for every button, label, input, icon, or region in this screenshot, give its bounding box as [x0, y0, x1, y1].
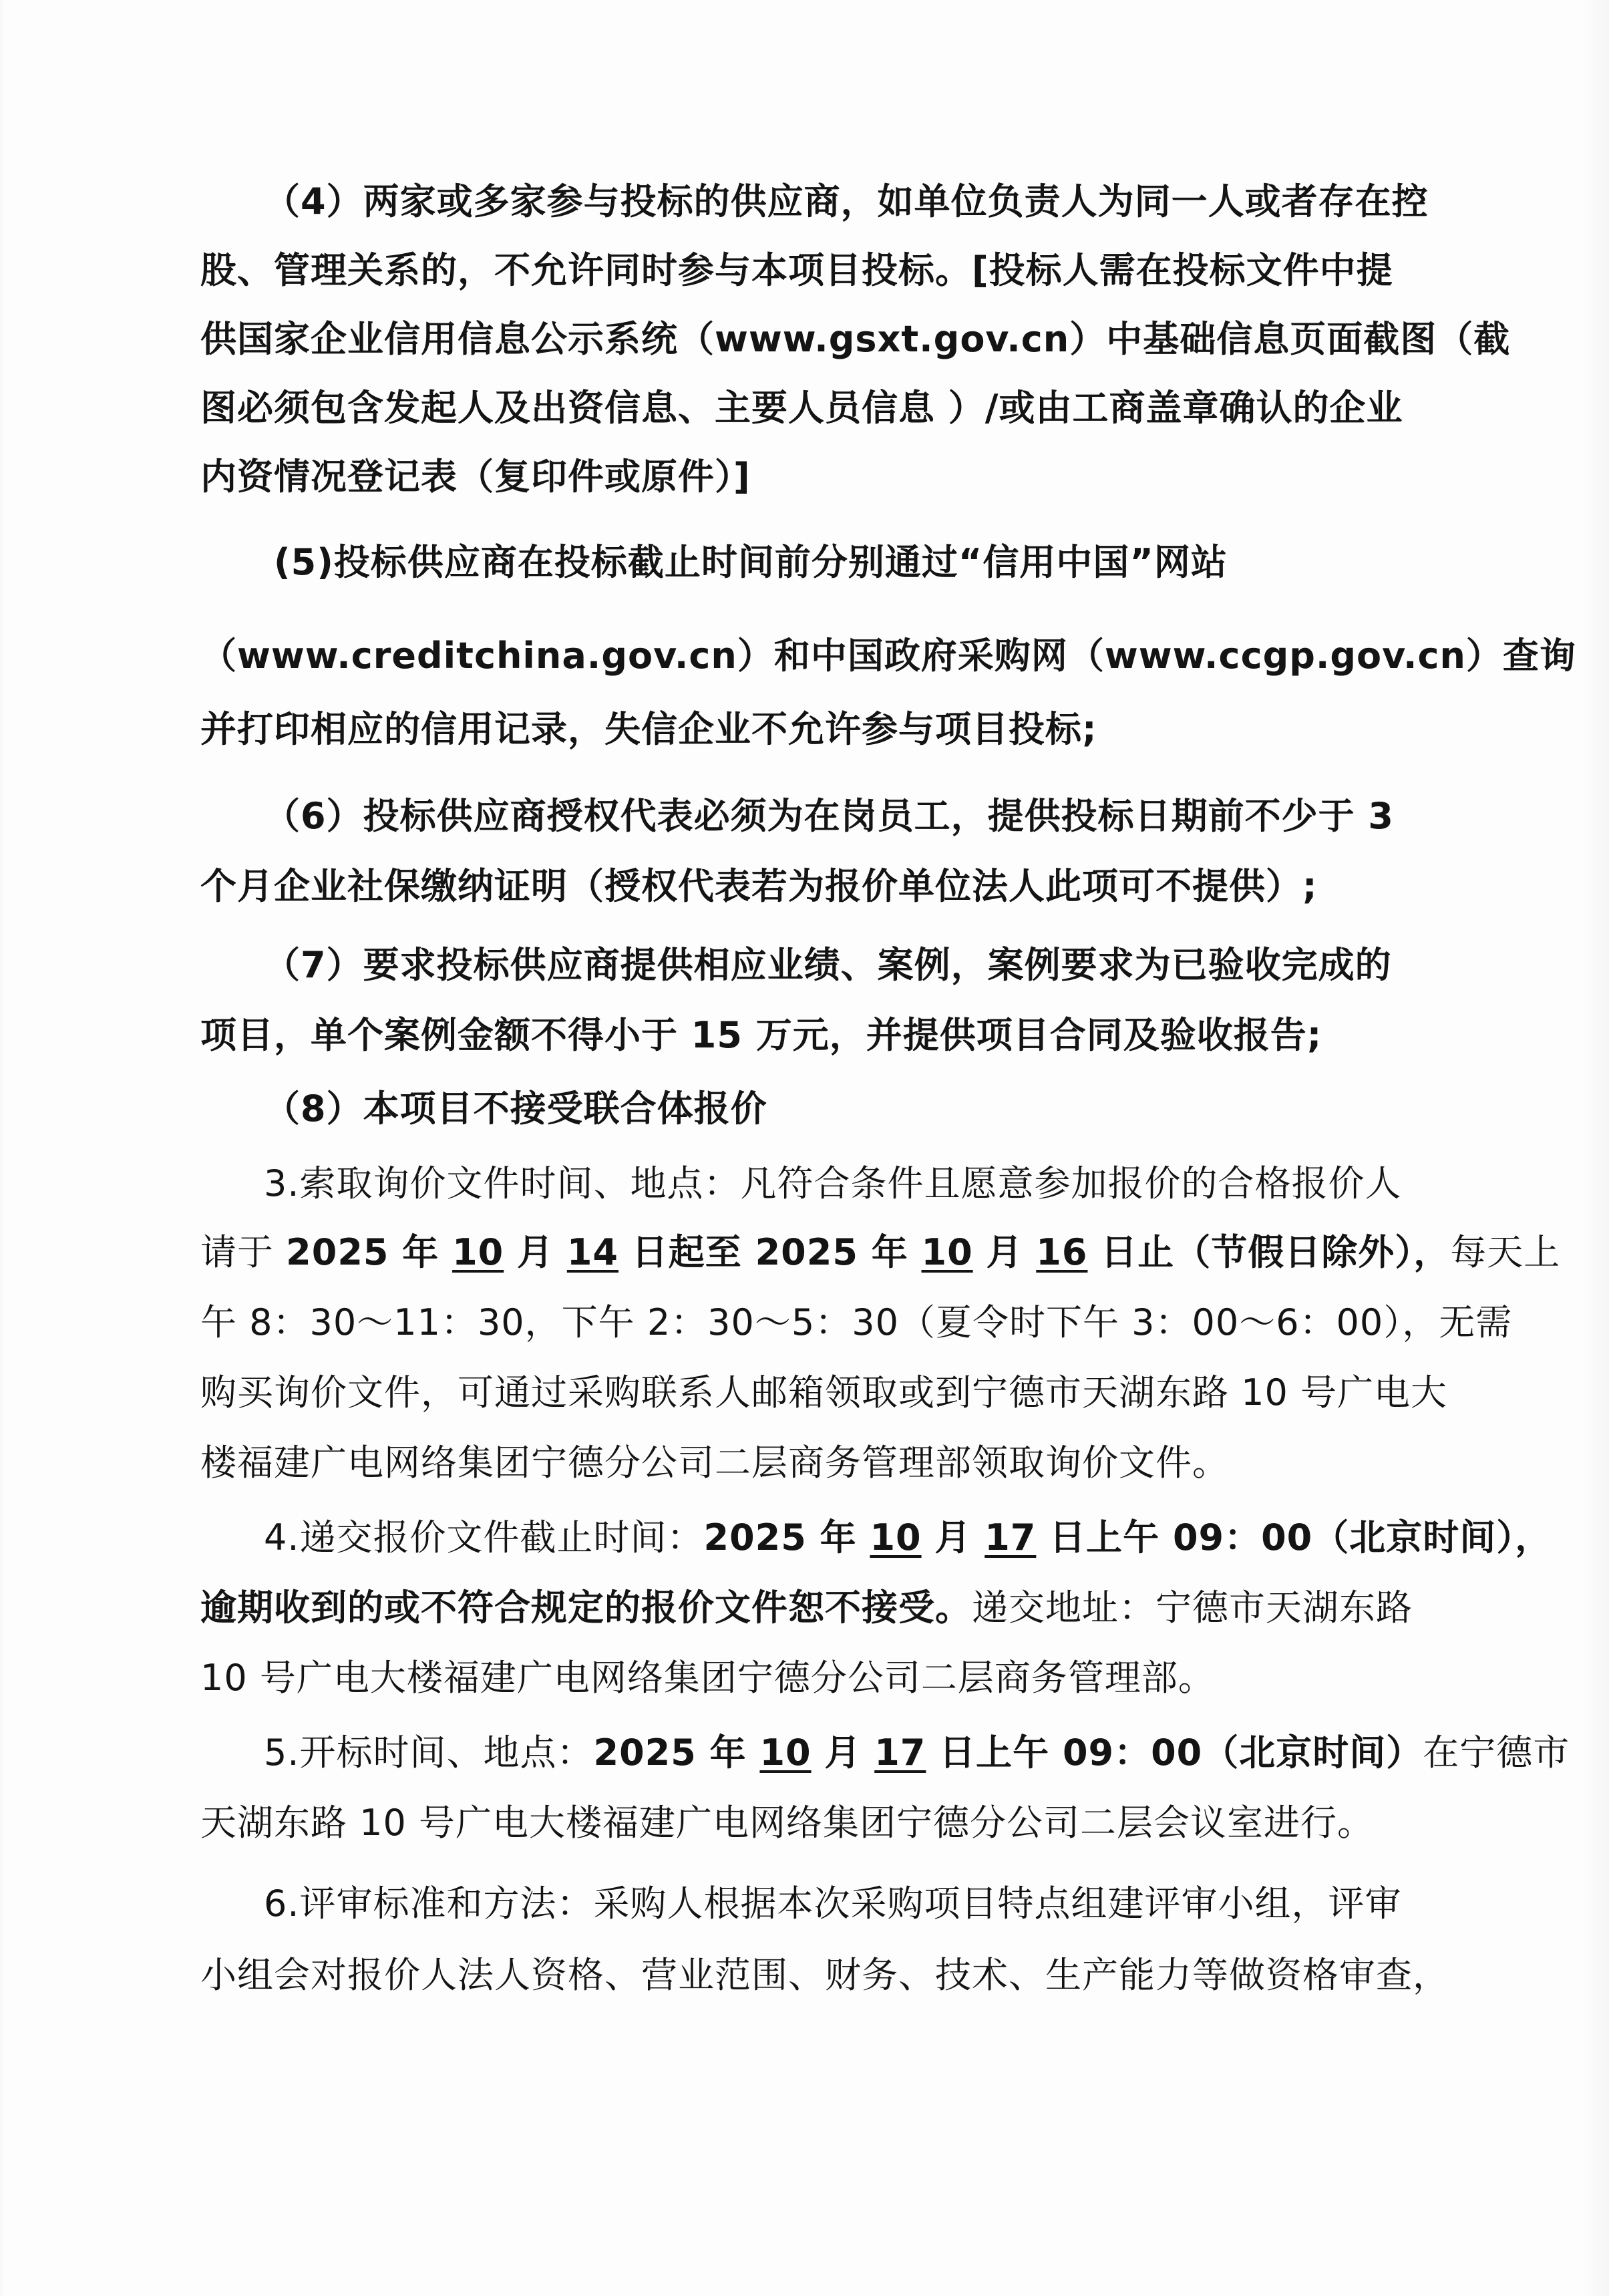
- item-4-line-5: 内资情况登记表（复印件或原件）]: [200, 450, 751, 504]
- section-5-line-1: 5.开标时间、地点：2025 年 10 月 17 日上午 09：00（北京时间）…: [264, 1726, 1570, 1780]
- scanned-document-page: （4）两家或多家参与投标的供应商，如单位负责人为同一人或者存在控 股、管理关系的…: [0, 0, 1609, 2296]
- deadline-day: 17: [985, 1516, 1036, 1559]
- item-5-line-2: （www.creditchina.gov.cn）和中国政府采购网（www.ccg…: [200, 629, 1576, 683]
- start-year: 2025: [286, 1231, 389, 1273]
- item-6-line-1: （6）投标供应商授权代表必须为在岗员工，提供投标日期前不少于 3: [264, 790, 1394, 843]
- section-4-line-1: 4.递交报价文件截止时间：2025 年 10 月 17 日上午 09：00（北京…: [264, 1511, 1552, 1565]
- deadline-year: 2025: [704, 1516, 807, 1559]
- item-4-line-2: 股、管理关系的，不允许同时参与本项目投标。[投标人需在投标文件中提: [200, 244, 1393, 297]
- item-8-line-1: （8）本项目不接受联合体报价: [264, 1082, 767, 1136]
- item-5-line-3: 并打印相应的信用记录，失信企业不允许参与项目投标;: [200, 703, 1097, 756]
- item-4-line-3: 供国家企业信用信息公示系统（www.gsxt.gov.cn）中基础信息页面截图（…: [200, 313, 1510, 366]
- section-3-line-4: 购买询价文件，可通过采购联系人邮箱领取或到宁德市天湖东路 10 号广电大: [200, 1366, 1447, 1420]
- opening-month: 10: [759, 1732, 811, 1774]
- late-submission-warning: 逾期收到的或不符合规定的报价文件恕不接受。: [200, 1587, 972, 1629]
- item-5-line-1: (5)投标供应商在投标截止时间前分别通过“信用中国”网站: [274, 536, 1228, 589]
- item-4-line-4: 图必须包含发起人及出资信息、主要人员信息 ）/或由工商盖章确认的企业: [200, 381, 1403, 435]
- section-4-line-3: 10 号广电大楼福建广电网络集团宁德分公司二层商务管理部。: [200, 1651, 1215, 1705]
- section-6-line-2: 小组会对报价人法人资格、营业范围、财务、技术、生产能力等做资格审查，: [200, 1949, 1449, 2002]
- section-3-line-5: 楼福建广电网络集团宁德分公司二层商务管理部领取询价文件。: [200, 1436, 1229, 1490]
- end-month: 10: [922, 1231, 973, 1273]
- end-year: 2025: [755, 1231, 858, 1273]
- section-3-line-3: 午 8：30～11：30，下午 2：30～5：30（夏令时下午 3：00～6：0…: [200, 1296, 1512, 1349]
- section-3-line-1: 3.索取询价文件时间、地点：凡符合条件且愿意参加报价的合格报价人: [264, 1157, 1402, 1210]
- section-6-line-1: 6.评审标准和方法：采购人根据本次采购项目特点组建评审小组，评审: [264, 1877, 1402, 1931]
- item-7-line-1: （7）要求投标供应商提供相应业绩、案例，案例要求为已验收完成的: [264, 939, 1392, 992]
- section-4-line-2: 逾期收到的或不符合规定的报价文件恕不接受。递交地址：宁德市天湖东路: [200, 1581, 1413, 1635]
- start-month: 10: [452, 1231, 504, 1273]
- item-4-line-1: （4）两家或多家参与投标的供应商，如单位负责人为同一人或者存在控: [264, 175, 1429, 228]
- item-6-line-2: 个月企业社保缴纳证明（授权代表若为报价单位法人此项可不提供）;: [200, 860, 1318, 913]
- start-day: 14: [567, 1231, 618, 1273]
- deadline-month: 10: [870, 1516, 921, 1559]
- opening-day: 17: [874, 1732, 926, 1774]
- end-day: 16: [1036, 1231, 1087, 1273]
- item-7-line-2: 项目，单个案例金额不得小于 15 万元，并提供项目合同及验收报告;: [200, 1009, 1322, 1062]
- section-3-line-2: 请于 2025 年 10 月 14 日起至 2025 年 10 月 16 日止（…: [200, 1226, 1560, 1279]
- section-5-line-2: 天湖东路 10 号广电大楼福建广电网络集团宁德分公司二层会议室进行。: [200, 1796, 1374, 1850]
- opening-year: 2025: [594, 1732, 697, 1774]
